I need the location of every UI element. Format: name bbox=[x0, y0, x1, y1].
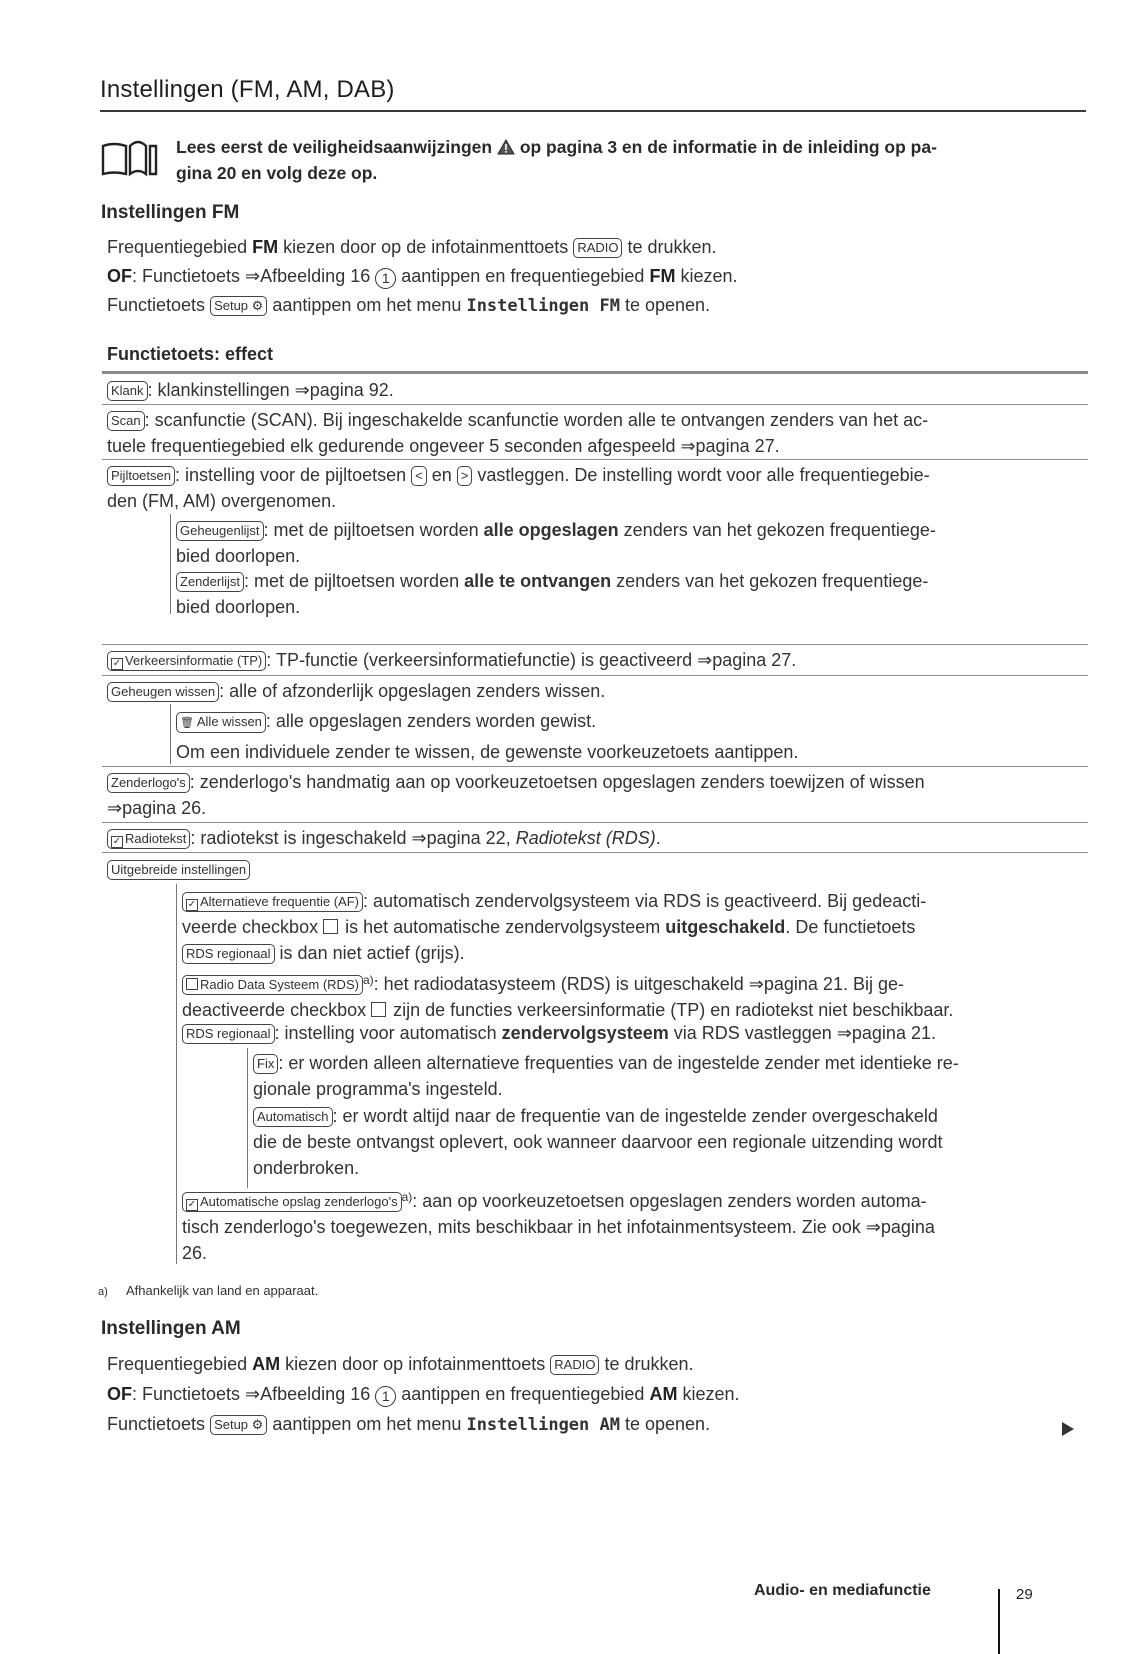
footnote: a)Afhankelijk van land en apparaat. bbox=[98, 1283, 318, 1298]
fm-line-3: Functietoets Setup ⚙ aantippen om het me… bbox=[107, 291, 710, 321]
table-row-scan: Scan: scanfunctie (SCAN). Bij ingeschake… bbox=[107, 407, 1087, 459]
checkbox-empty-icon bbox=[371, 1002, 386, 1017]
title-divider bbox=[100, 110, 1086, 112]
checkbox-empty-icon bbox=[323, 919, 338, 934]
page-number: 29 bbox=[1016, 1586, 1033, 1603]
radio-key: RADIO bbox=[550, 1355, 599, 1375]
table-row-radiotekst: ✓Radiotekst: radiotekst is ingeschakeld … bbox=[107, 825, 1087, 851]
auto-logos-key: ✓Automatische opslag zenderlogo's bbox=[182, 1192, 402, 1212]
geheugen-wissen-key: Geheugen wissen bbox=[107, 682, 219, 702]
warning-triangle-icon bbox=[497, 139, 515, 155]
radiotekst-key: ✓Radiotekst bbox=[107, 829, 190, 849]
table-row-automatisch: Automatisch: er wordt altijd naar de fre… bbox=[253, 1103, 1093, 1181]
next-page-arrow-icon bbox=[1062, 1422, 1074, 1436]
checkbox-checked-icon: ✓ bbox=[111, 658, 123, 670]
radio-key: RADIO bbox=[573, 238, 622, 258]
arrow-left-key: < bbox=[411, 466, 427, 486]
fm-line-1: Frequentiegebied FM kiezen door op de in… bbox=[107, 233, 717, 262]
table-row-pijltoetsen: Pijltoetsen: instelling voor de pijltoet… bbox=[107, 462, 1087, 514]
table-row-rds: Radio Data Systeem (RDS)a): het radiodat… bbox=[182, 967, 1092, 1023]
tp-key: ✓Verkeersinformatie (TP) bbox=[107, 651, 266, 671]
alle-wissen-key: 🗑 Alle wissen bbox=[176, 712, 266, 733]
notice-text: gina 20 en volg deze op. bbox=[176, 163, 377, 183]
geheugenlijst-key: Geheugenlijst bbox=[176, 521, 264, 541]
callout-1-icon: 1 bbox=[375, 1386, 396, 1407]
am-line-2: OF: Functietoets ⇒Afbeelding 16 1 aantip… bbox=[107, 1380, 740, 1409]
automatisch-key: Automatisch bbox=[253, 1107, 333, 1127]
table-row-rds-regionaal: RDS regionaal: instelling voor automatis… bbox=[182, 1020, 1092, 1046]
checkbox-checked-icon: ✓ bbox=[111, 836, 123, 848]
table-row-geheugen-wissen: Geheugen wissen: alle of afzonderlijk op… bbox=[107, 678, 1087, 704]
table-row-zenderlijst: Zenderlijst: met de pijltoetsen worden a… bbox=[176, 568, 1086, 620]
open-book-icon bbox=[100, 138, 160, 178]
scan-key: Scan bbox=[107, 411, 145, 431]
checkbox-empty-icon bbox=[186, 978, 198, 990]
table-row-klank: Klank: klankinstellingen ⇒pagina 92. bbox=[107, 377, 1087, 403]
trash-icon: 🗑 bbox=[180, 717, 194, 729]
table-row-uitgebreid: Uitgebreide instellingen bbox=[107, 856, 1087, 882]
table-row-individueel: Om een individuele zender te wissen, de … bbox=[176, 739, 1086, 765]
table-heading: Functietoets: effect bbox=[107, 344, 273, 365]
fix-key: Fix bbox=[253, 1054, 278, 1074]
callout-1-icon: 1 bbox=[375, 268, 396, 289]
setup-key: Setup ⚙ bbox=[210, 296, 267, 316]
arrow-right-key: > bbox=[457, 466, 473, 486]
footer-divider bbox=[998, 1589, 1000, 1654]
am-line-3: Functietoets Setup ⚙ aantippen om het me… bbox=[107, 1410, 710, 1440]
section-heading-am: Instellingen AM bbox=[101, 1318, 241, 1340]
rds-regionaal-key: RDS regionaal bbox=[182, 1024, 275, 1044]
table-row-alle-wissen: 🗑 Alle wissen: alle opgeslagen zenders w… bbox=[176, 708, 1086, 734]
row-divider bbox=[102, 822, 1088, 823]
indent-bar bbox=[176, 884, 177, 1264]
table-row-geheugenlijst: Geheugenlijst: met de pijltoetsen worden… bbox=[176, 517, 1086, 569]
notice-text: Lees eerst de veiligheidsaanwijzingen bbox=[176, 137, 497, 157]
manual-page: Instellingen (FM, AM, DAB) Lees eerst de… bbox=[0, 0, 1142, 1654]
uitgebreide-instellingen-key: Uitgebreide instellingen bbox=[107, 860, 250, 880]
row-divider bbox=[102, 675, 1088, 676]
row-divider bbox=[102, 404, 1088, 405]
indent-bar bbox=[247, 1048, 248, 1188]
pijltoetsen-key: Pijltoetsen bbox=[107, 466, 175, 486]
rds-key: Radio Data Systeem (RDS) bbox=[182, 975, 363, 995]
table-row-tp: ✓Verkeersinformatie (TP): TP-functie (ve… bbox=[107, 647, 1087, 673]
fm-line-2: OF: Functietoets ⇒Afbeelding 16 1 aantip… bbox=[107, 262, 738, 291]
table-row-fix: Fix: er worden alleen alternatieve frequ… bbox=[253, 1050, 1093, 1102]
klank-key: Klank bbox=[107, 381, 148, 401]
row-divider bbox=[102, 852, 1088, 853]
table-header-rule bbox=[102, 371, 1088, 374]
notice-text: op pagina 3 en de informatie in de inlei… bbox=[515, 137, 937, 157]
rds-regionaal-key: RDS regionaal bbox=[182, 944, 275, 964]
table-row-zenderlogos: Zenderlogo's: zenderlogo's handmatig aan… bbox=[107, 769, 1087, 821]
checkbox-checked-icon: ✓ bbox=[186, 1199, 198, 1211]
indent-bar bbox=[170, 514, 171, 614]
af-key: ✓Alternatieve frequentie (AF) bbox=[182, 892, 363, 912]
zenderlogos-key: Zenderlogo's bbox=[107, 773, 190, 793]
row-divider bbox=[102, 766, 1088, 767]
section-heading-fm: Instellingen FM bbox=[101, 202, 239, 224]
setup-key: Setup ⚙ bbox=[210, 1415, 267, 1435]
row-divider bbox=[102, 459, 1088, 460]
table-row-auto-logos: ✓Automatische opslag zenderlogo'sa): aan… bbox=[182, 1184, 1092, 1266]
footer-section-title: Audio- en mediafunctie bbox=[754, 1582, 931, 1600]
indent-bar bbox=[170, 704, 171, 764]
zenderlijst-key: Zenderlijst bbox=[176, 572, 244, 592]
table-row-af: ✓Alternatieve frequentie (AF): automatis… bbox=[182, 888, 1092, 966]
row-divider bbox=[102, 644, 1088, 645]
page-title: Instellingen (FM, AM, DAB) bbox=[100, 76, 395, 104]
checkbox-checked-icon: ✓ bbox=[186, 899, 198, 911]
am-line-1: Frequentiegebied AM kiezen door op infot… bbox=[107, 1350, 694, 1379]
